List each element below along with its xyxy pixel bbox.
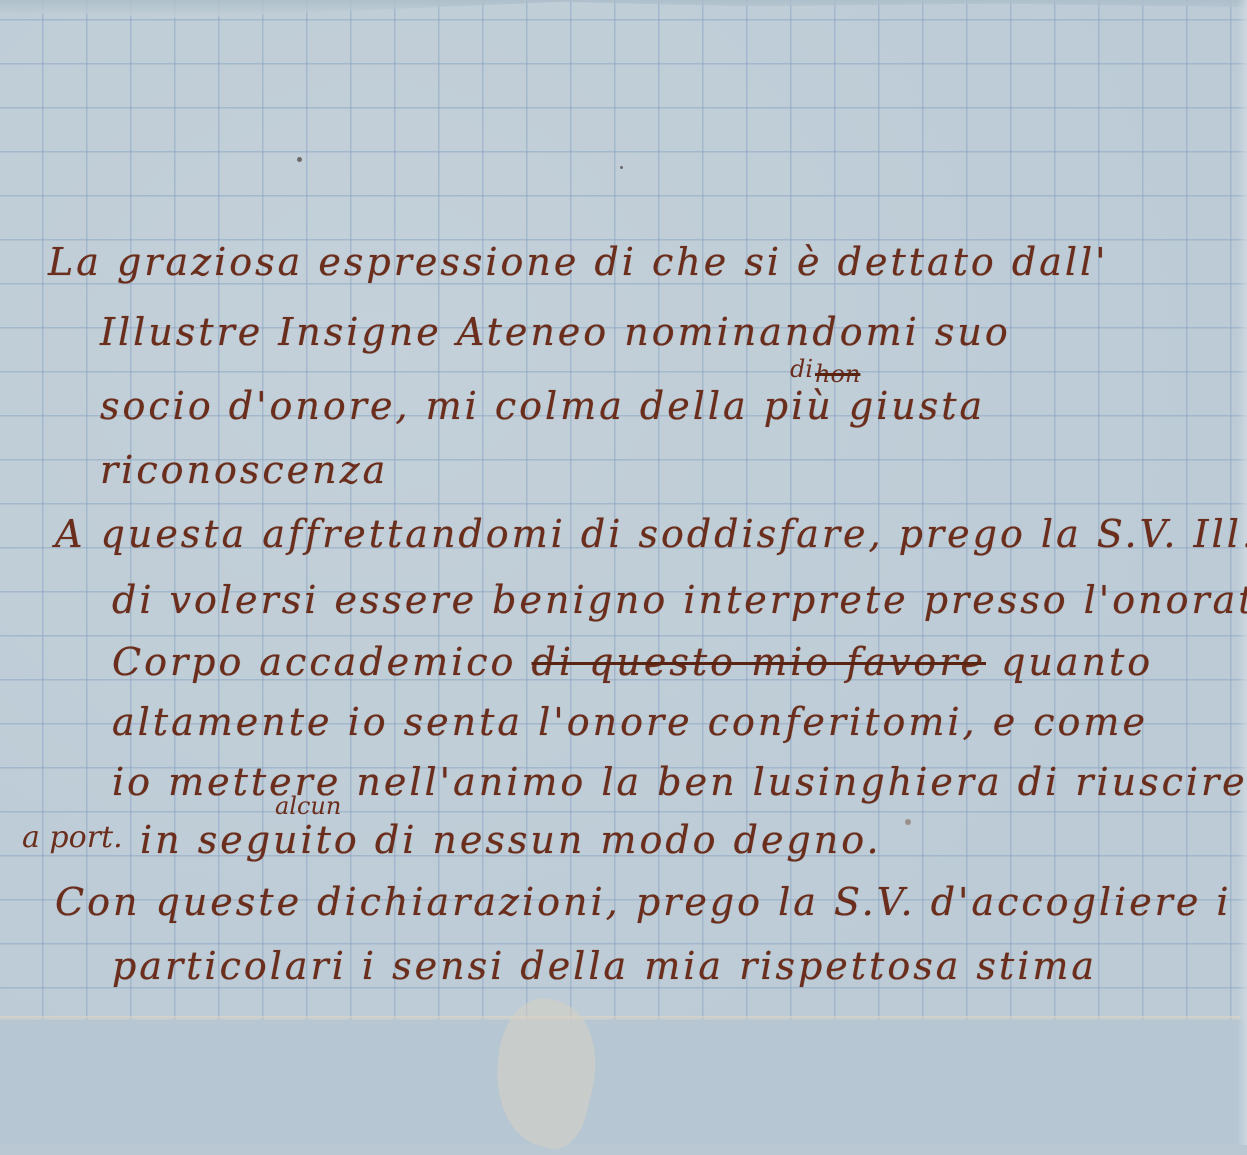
letter-line-8: altamente io senta l'onore conferitomi, … bbox=[112, 700, 1148, 744]
letter-line-3: socio d'onore, mi colma della più giusta bbox=[100, 384, 985, 428]
letter-line-7: Corpo accademico di questo mio favore qu… bbox=[112, 640, 1153, 684]
letter-line-5: A questa affrettandomi di soddisfare, pr… bbox=[55, 512, 1247, 556]
letter-line-1: La graziosa espressione di che si è dett… bbox=[48, 240, 1109, 284]
letter-line-4: riconoscenza bbox=[100, 448, 388, 492]
letter-line-12: particolari i sensi della mia rispettosa… bbox=[112, 944, 1097, 988]
letter-line-6: di volersi essere benigno interprete pre… bbox=[112, 578, 1247, 622]
struck-text: di questo mio favore bbox=[532, 640, 986, 684]
handwritten-letter: La graziosa espressione di che si è dett… bbox=[0, 0, 1247, 1145]
line-7-start: Corpo accademico bbox=[112, 640, 516, 684]
margin-note: a port. bbox=[22, 820, 123, 855]
interlinear-insertion: alcun bbox=[275, 792, 341, 820]
letter-line-11: Con queste dichiarazioni, prego la S.V. … bbox=[55, 880, 1232, 924]
line-7-end: quanto bbox=[1001, 640, 1153, 684]
letter-line-2: Illustre Insigne Ateneo nominandomi suo bbox=[100, 310, 1011, 354]
line-11-text: Con queste dichiarazioni, prego la S.V. … bbox=[55, 880, 1232, 924]
letter-line-10: in seguito di nessun modo degno. bbox=[140, 818, 882, 862]
interlinear-insertion: di bbox=[790, 355, 813, 383]
